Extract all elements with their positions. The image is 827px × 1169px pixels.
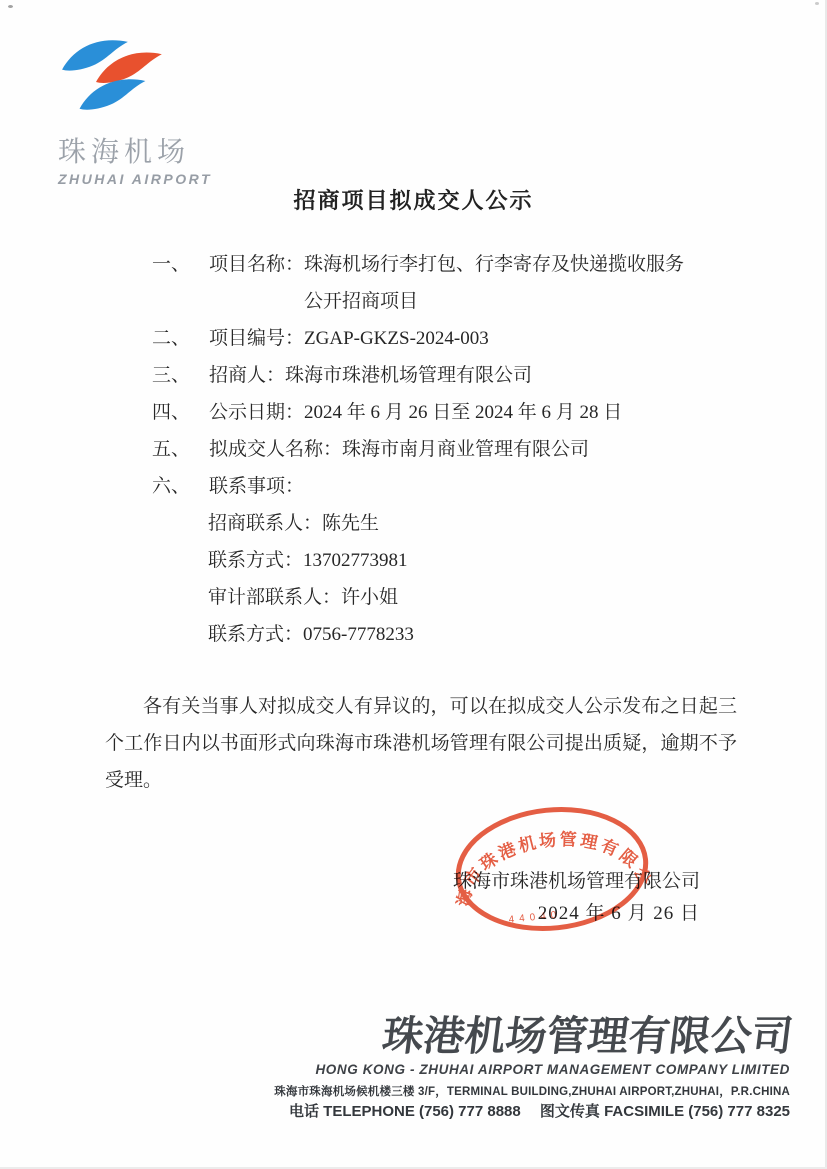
contact-phone-audit: 联系方式：0756-7778233 bbox=[105, 616, 737, 653]
list-text: 项目编号：ZGAP-GKZS-2024-003 bbox=[209, 320, 737, 357]
footer-phone: 电话 TELEPHONE (756) 777 8888 图文传真 FACSIMI… bbox=[274, 1100, 790, 1121]
contact-person-merchants: 招商联系人：陈先生 bbox=[105, 505, 737, 542]
signature-company: 珠海市珠港机场管理有限公司 bbox=[453, 866, 700, 898]
item-label: 联系事项： bbox=[209, 476, 304, 497]
objection-paragraph: 各有关当事人对拟成交人有异议的，可以在拟成交人公示发布之日起三个工作日内以书面形… bbox=[105, 688, 737, 799]
contact-value: 许小姐 bbox=[341, 587, 398, 608]
footer-address: 珠海市珠海机场候机楼三楼 3/F，TERMINAL BUILDING,ZHUHA… bbox=[274, 1083, 790, 1099]
list-text: 项目名称：珠海机场行李打包、行李寄存及快递揽收服务 bbox=[209, 246, 737, 283]
list-text: 联系事项： bbox=[209, 468, 737, 505]
footer-company-en: HONG KONG - ZHUHAI AIRPORT MANAGEMENT CO… bbox=[274, 1062, 790, 1077]
contact-label: 审计部联系人： bbox=[208, 587, 341, 608]
contact-value: 13702773981 bbox=[303, 550, 408, 571]
page-title: 招商项目拟成交人公示 bbox=[0, 184, 827, 215]
footer-company-cn: 珠港机场管理有限公司 bbox=[274, 1012, 796, 1060]
list-number: 四、 bbox=[152, 394, 209, 431]
item-label: 项目编号： bbox=[209, 328, 304, 349]
logo-swoosh-icon bbox=[60, 38, 168, 126]
item-value: 珠海市南月商业管理有限公司 bbox=[342, 439, 589, 460]
list-text: 公示日期：2024 年 6 月 26 日至 2024 年 6 月 28 日 bbox=[209, 394, 737, 431]
list-item-inviter: 三、 招商人：珠海市珠港机场管理有限公司 bbox=[105, 357, 737, 394]
item-value: 2024 年 6 月 26 日至 2024 年 6 月 28 日 bbox=[304, 402, 622, 423]
document-body: 一、 项目名称：珠海机场行李打包、行李寄存及快递揽收服务 公开招商项目 二、 项… bbox=[105, 246, 737, 799]
item-label: 公示日期： bbox=[209, 402, 304, 423]
list-number: 五、 bbox=[152, 431, 209, 468]
item-value: 珠海市珠港机场管理有限公司 bbox=[285, 365, 532, 386]
list-number: 三、 bbox=[152, 357, 209, 394]
scan-speck bbox=[815, 2, 819, 5]
item-label: 项目名称： bbox=[209, 254, 304, 275]
signature-date: 2024 年 6 月 26 日 bbox=[453, 898, 700, 930]
signature-block: 珠海市珠港机场管理有限公司 2024 年 6 月 26 日 bbox=[453, 866, 700, 930]
contact-value: 0756-7778233 bbox=[303, 624, 414, 645]
footer-letterhead: 珠港机场管理有限公司 HONG KONG - ZHUHAI AIRPORT MA… bbox=[274, 1012, 790, 1121]
contact-value: 陈先生 bbox=[322, 513, 379, 534]
item-label: 招商人： bbox=[209, 365, 285, 386]
logo-cn-text: 珠海机场 bbox=[58, 130, 248, 170]
list-item-publicity-date: 四、 公示日期：2024 年 6 月 26 日至 2024 年 6 月 28 日 bbox=[105, 394, 737, 431]
airport-logo: 珠海机场 ZHUHAI AIRPORT bbox=[58, 38, 248, 187]
list-text: 招商人：珠海市珠港机场管理有限公司 bbox=[209, 357, 737, 394]
item-value: ZGAP-GKZS-2024-003 bbox=[304, 328, 489, 349]
list-item-project-name-line2: 公开招商项目 bbox=[105, 283, 737, 320]
list-number: 六、 bbox=[152, 468, 209, 505]
contact-label: 招商联系人： bbox=[208, 513, 322, 534]
scan-speck bbox=[8, 5, 13, 8]
list-item-contact-matters: 六、 联系事项： bbox=[105, 468, 737, 505]
list-text: 拟成交人名称：珠海市南月商业管理有限公司 bbox=[209, 431, 737, 468]
contact-label: 联系方式： bbox=[208, 550, 303, 571]
list-number: 二、 bbox=[152, 320, 209, 357]
contact-phone-merchants: 联系方式：13702773981 bbox=[105, 542, 737, 579]
item-value: 珠海机场行李打包、行李寄存及快递揽收服务 bbox=[304, 254, 684, 275]
scanned-document-page: 珠海机场 ZHUHAI AIRPORT 招商项目拟成交人公示 一、 项目名称：珠… bbox=[0, 0, 827, 1169]
item-label: 拟成交人名称： bbox=[209, 439, 342, 460]
list-item-project-number: 二、 项目编号：ZGAP-GKZS-2024-003 bbox=[105, 320, 737, 357]
list-number: 一、 bbox=[152, 246, 209, 283]
list-item-project-name: 一、 项目名称：珠海机场行李打包、行李寄存及快递揽收服务 bbox=[105, 246, 737, 283]
contact-person-audit: 审计部联系人：许小姐 bbox=[105, 579, 737, 616]
list-item-proposed-winner: 五、 拟成交人名称：珠海市南月商业管理有限公司 bbox=[105, 431, 737, 468]
contact-label: 联系方式： bbox=[208, 624, 303, 645]
